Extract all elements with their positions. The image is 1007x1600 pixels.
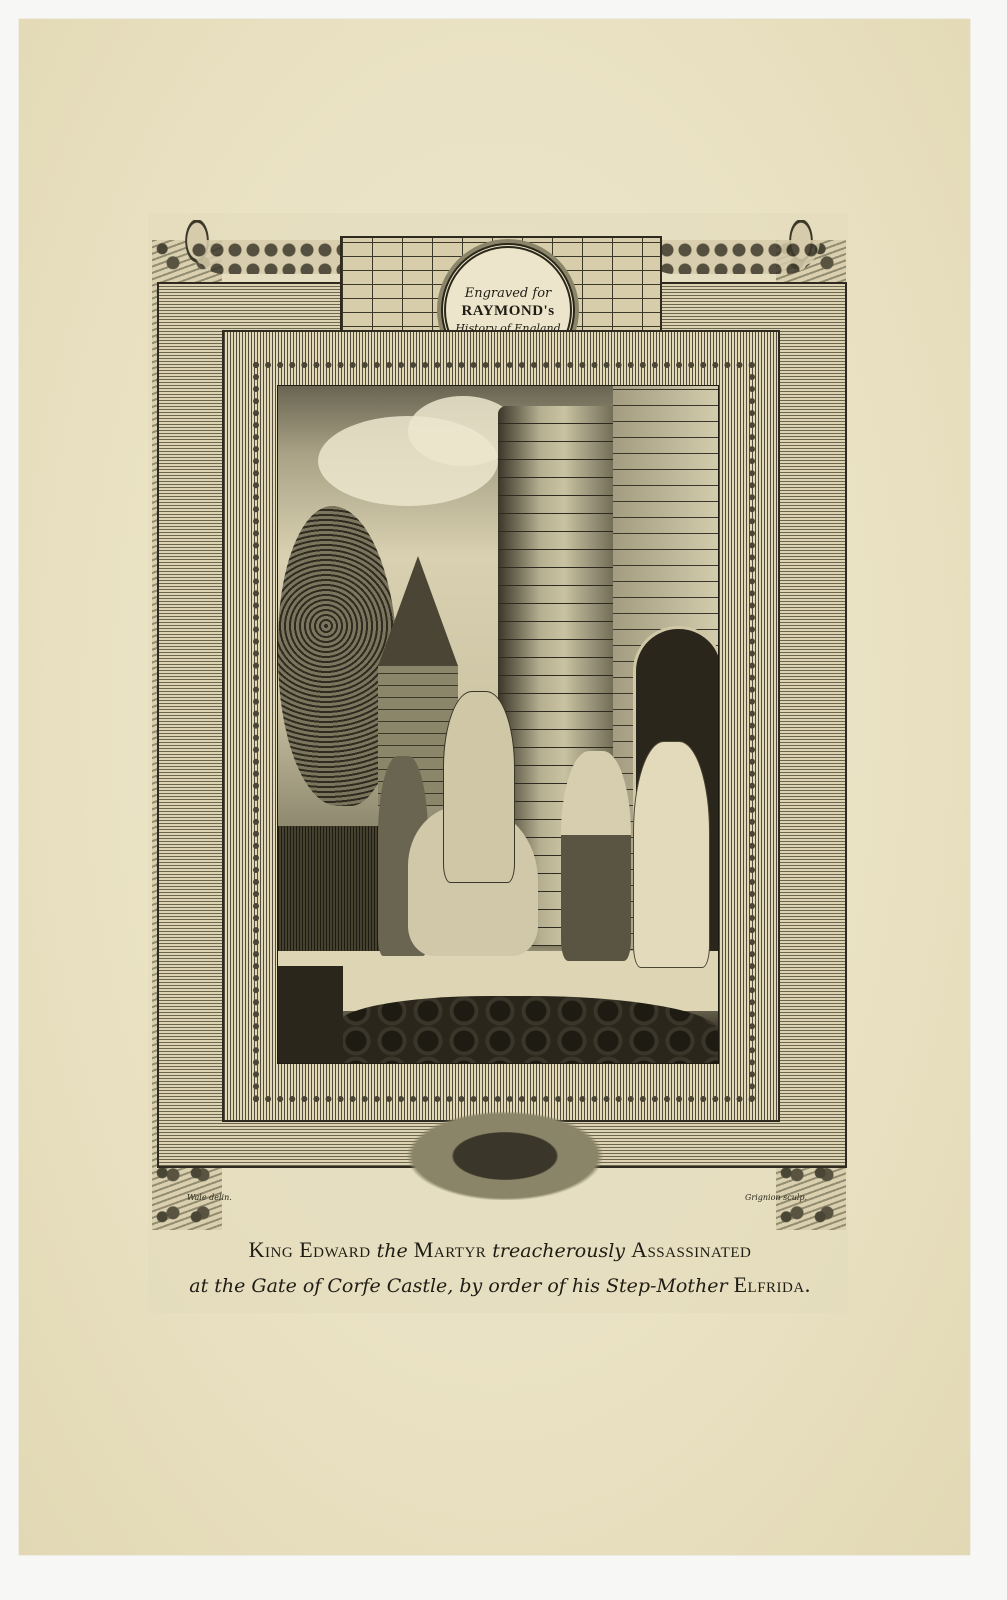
caption-text: the [377,1240,414,1262]
foreground-bushes [338,996,718,1064]
woman-with-cup-figure [561,751,631,961]
medallion-line-2: RAYMOND's [461,303,554,320]
artist-credit: Wale delin. [187,1193,232,1202]
caption-text: at the Gate of Corfe Castle, by order of… [189,1275,733,1297]
caption-text: treacherously [492,1240,631,1262]
caption-line-2: at the Gate of Corfe Castle, by order of… [150,1272,850,1298]
right-garland [640,240,820,274]
veiled-woman-figure [633,741,710,968]
caption-text: Martyr [414,1237,493,1262]
caption-text: King Edward [249,1237,377,1262]
military-trophy-ornament [360,1090,650,1200]
caption-text: Elfrida. [734,1272,811,1297]
medallion-line-1: Engraved for [465,286,552,301]
caption-text: Assassinated [631,1237,751,1262]
engraver-credit: Grignion sculp. [745,1193,807,1202]
rider-figure [443,691,515,883]
engraved-scene [277,385,719,1064]
caption-line-1: King Edward the Martyr treacherously Ass… [150,1237,850,1263]
stone-block [278,966,343,1063]
conical-spire-tower [378,556,458,666]
